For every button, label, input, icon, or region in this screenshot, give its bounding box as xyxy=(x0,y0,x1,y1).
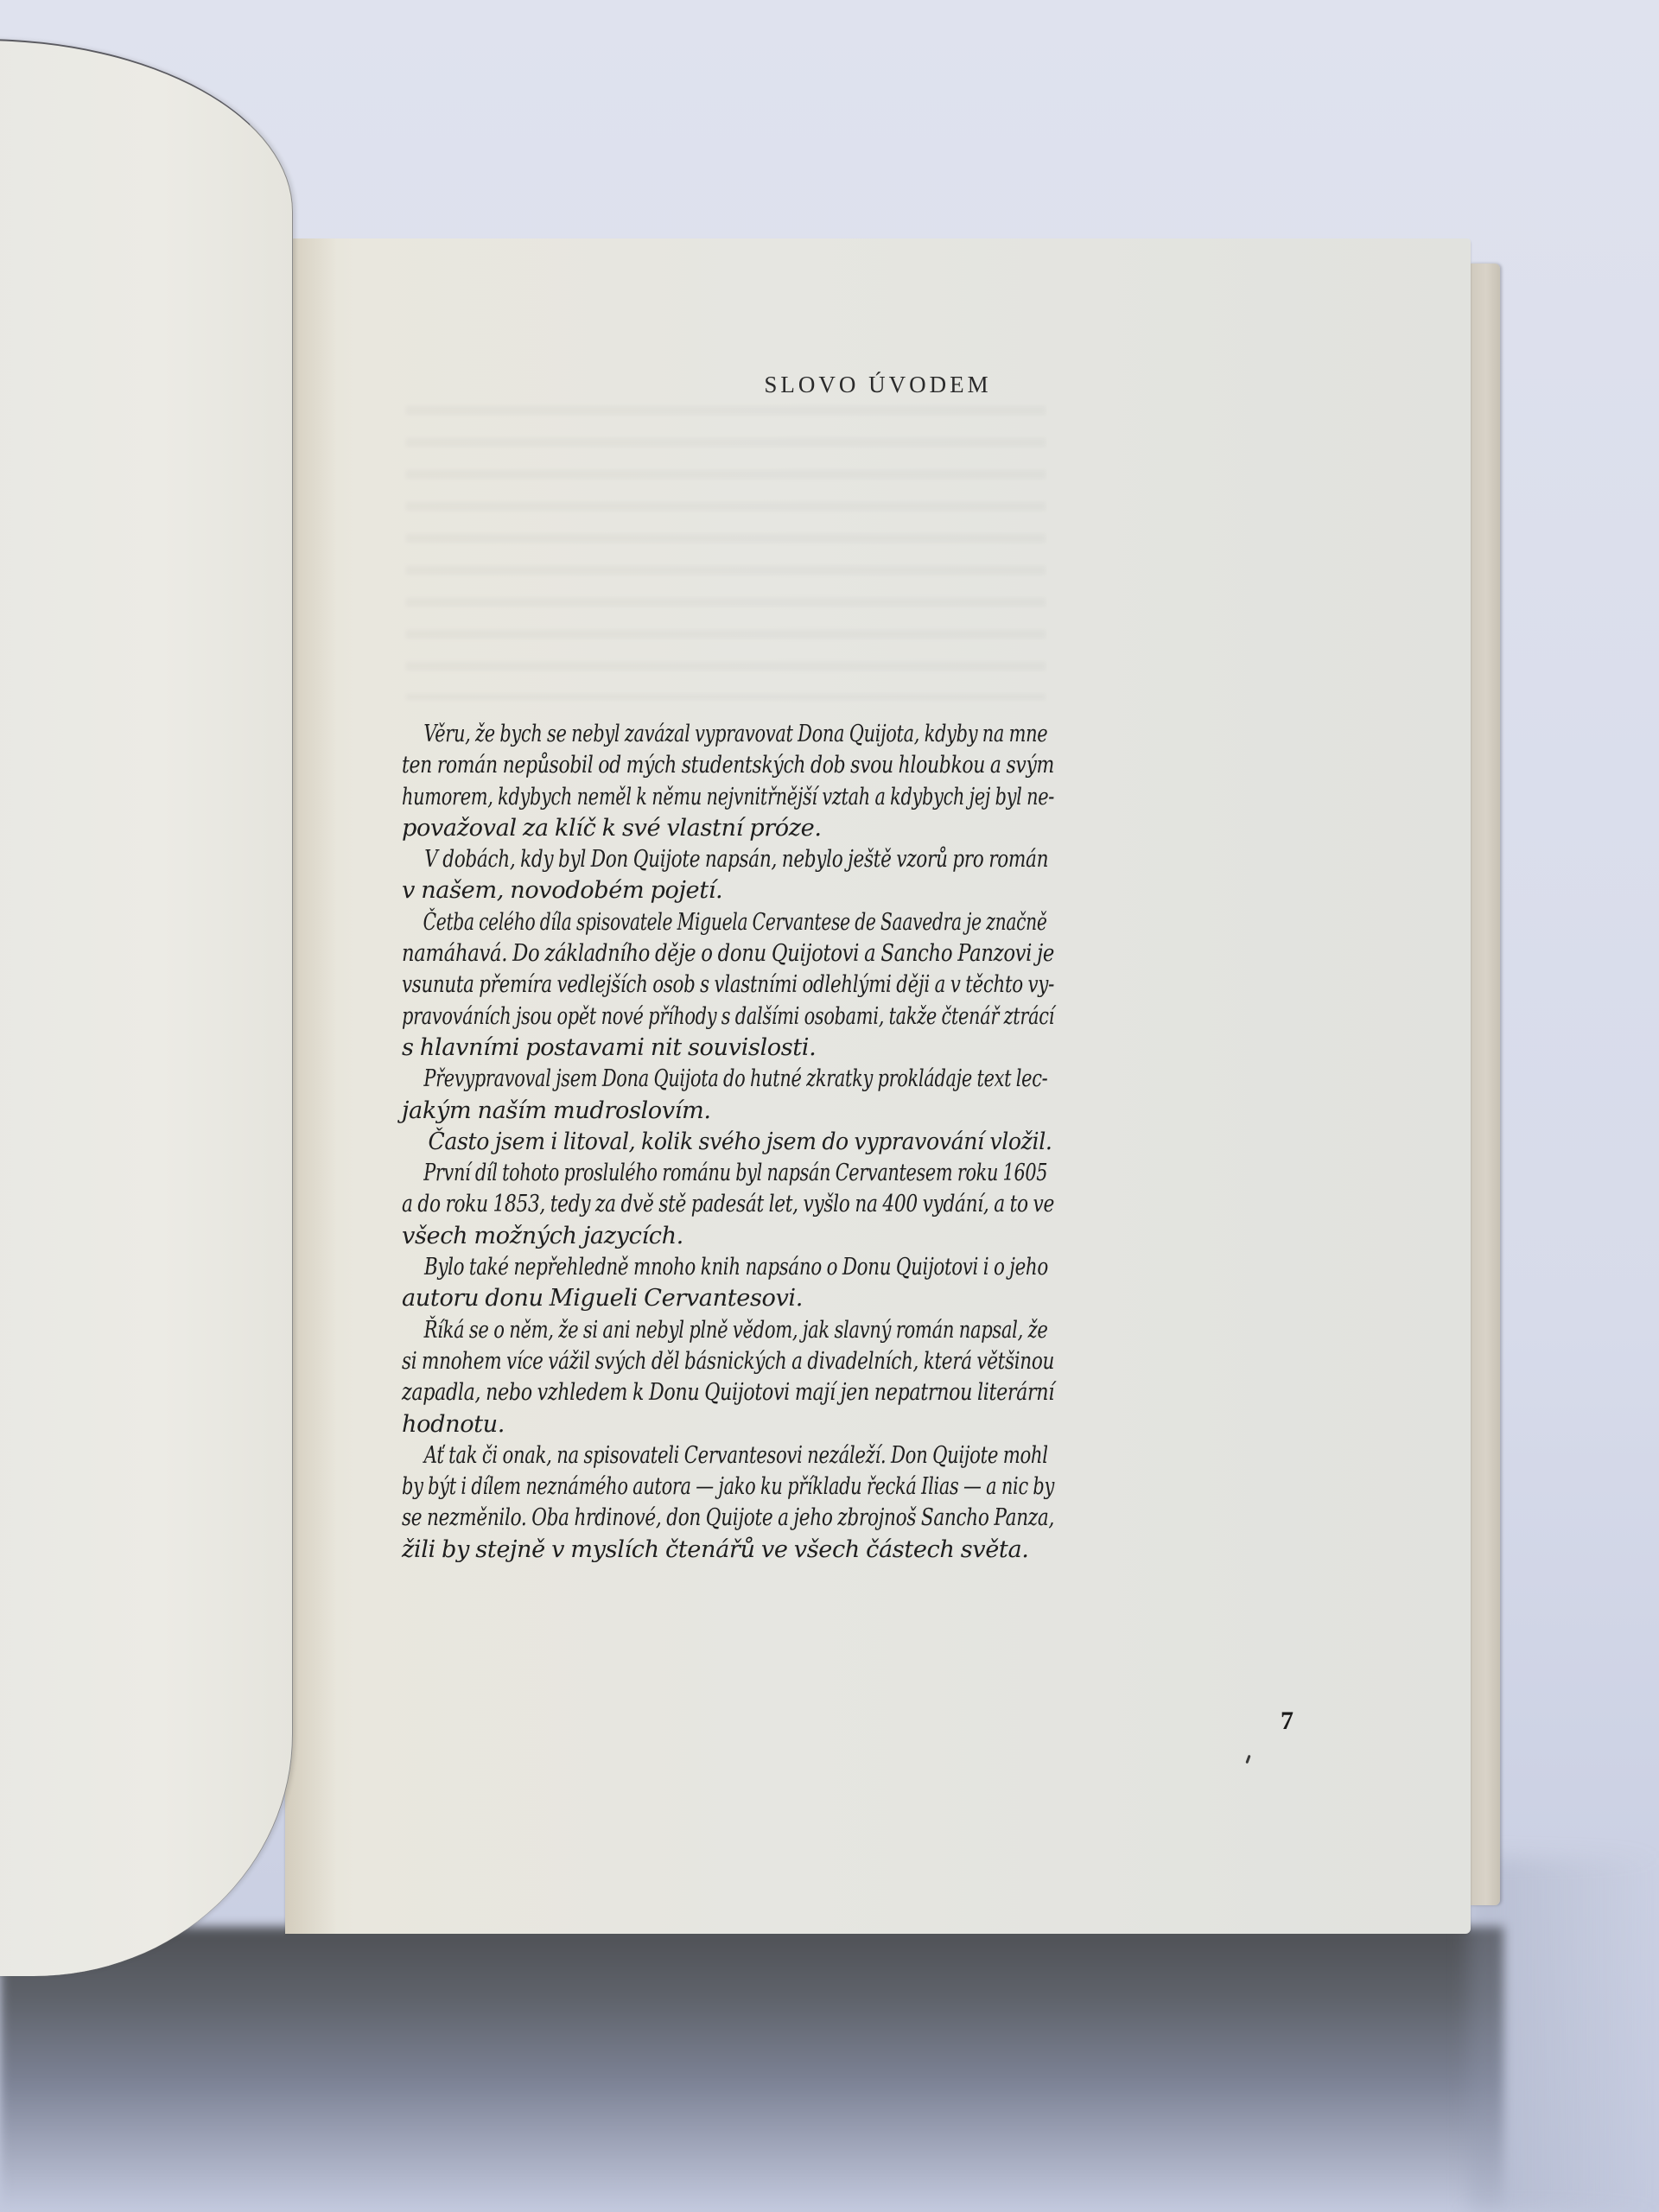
text-line: V dobách, kdy byl Don Quijote napsán, ne… xyxy=(402,844,1048,875)
text-line: vsunuta přemíra vedlejších osob s vlastn… xyxy=(402,969,1054,1001)
text-line: žili by stejně v myslích čtenářů ve všec… xyxy=(402,1535,1054,1566)
text-line: a do roku 1853, tedy za dvě stě padesát … xyxy=(402,1189,1054,1220)
text-line: považoval za klíč k své vlastní próze. xyxy=(402,813,1054,844)
page-number: 7 xyxy=(1281,1707,1294,1736)
text-line: jakým naším mudroslovím. xyxy=(402,1096,1054,1127)
text-line: autoru donu Migueli Cervantesovi. xyxy=(402,1283,1054,1314)
left-page xyxy=(0,39,293,1976)
text-line: Věru, že bych se nebyl zavázal vypravova… xyxy=(402,719,1047,750)
text-line: pravováních jsou opět nové příhody s dal… xyxy=(402,1001,1054,1033)
text-line: Četba celého díla spisovatele Miguela Ce… xyxy=(402,907,1047,938)
photo-scene: SLOVO ÚVODEM Věru, že bych se nebyl zavá… xyxy=(0,0,1659,2212)
text-line: Často jsem i litoval, kolik svého jsem d… xyxy=(402,1127,1052,1158)
book-cover-edge xyxy=(1469,264,1500,1905)
book-shadow xyxy=(0,1927,1503,2212)
book-shadow-right xyxy=(1469,1858,1659,2212)
text-line: humorem, kdybych neměl k němu nejvnitřně… xyxy=(402,782,1054,813)
text-line: se nezměnilo. Oba hrdinové, don Quijote … xyxy=(402,1503,1054,1534)
text-line: si mnohem více vážil svých děl básnickýc… xyxy=(402,1346,1054,1377)
show-through-text xyxy=(406,406,1046,700)
text-line: Převypravoval jsem Dona Quijota do hutné… xyxy=(402,1064,1047,1095)
text-line: Říká se o něm, že si ani nebyl plně vědo… xyxy=(402,1315,1048,1346)
text-line: zapadla, nebo vzhledem k Donu Quijotovi … xyxy=(402,1377,1054,1408)
text-line: Bylo také nepřehledně mnoho knih napsáno… xyxy=(402,1252,1048,1283)
text-line: všech možných jazycích. xyxy=(402,1221,1054,1252)
text-line: První díl tohoto proslulého románu byl n… xyxy=(402,1158,1047,1189)
text-line: Ať tak či onak, na spisovateli Cervantes… xyxy=(402,1440,1048,1471)
text-line: v našem, novodobém pojetí. xyxy=(402,875,1054,906)
chapter-heading: SLOVO ÚVODEM xyxy=(285,372,1471,398)
paper-speck xyxy=(1245,1755,1250,1764)
foreword-body-text: Věru, že bych se nebyl zavázal vypravova… xyxy=(402,719,1054,1566)
text-line: namáhavá. Do základního děje o donu Quij… xyxy=(402,938,1054,969)
text-line: by být i dílem neznámého autora — jako k… xyxy=(402,1471,1054,1503)
text-line: ten román nepůsobil od mých studentských… xyxy=(402,750,1054,781)
text-line: hodnotu. xyxy=(402,1409,1054,1440)
text-line: s hlavními postavami nit souvislosti. xyxy=(402,1033,1054,1064)
